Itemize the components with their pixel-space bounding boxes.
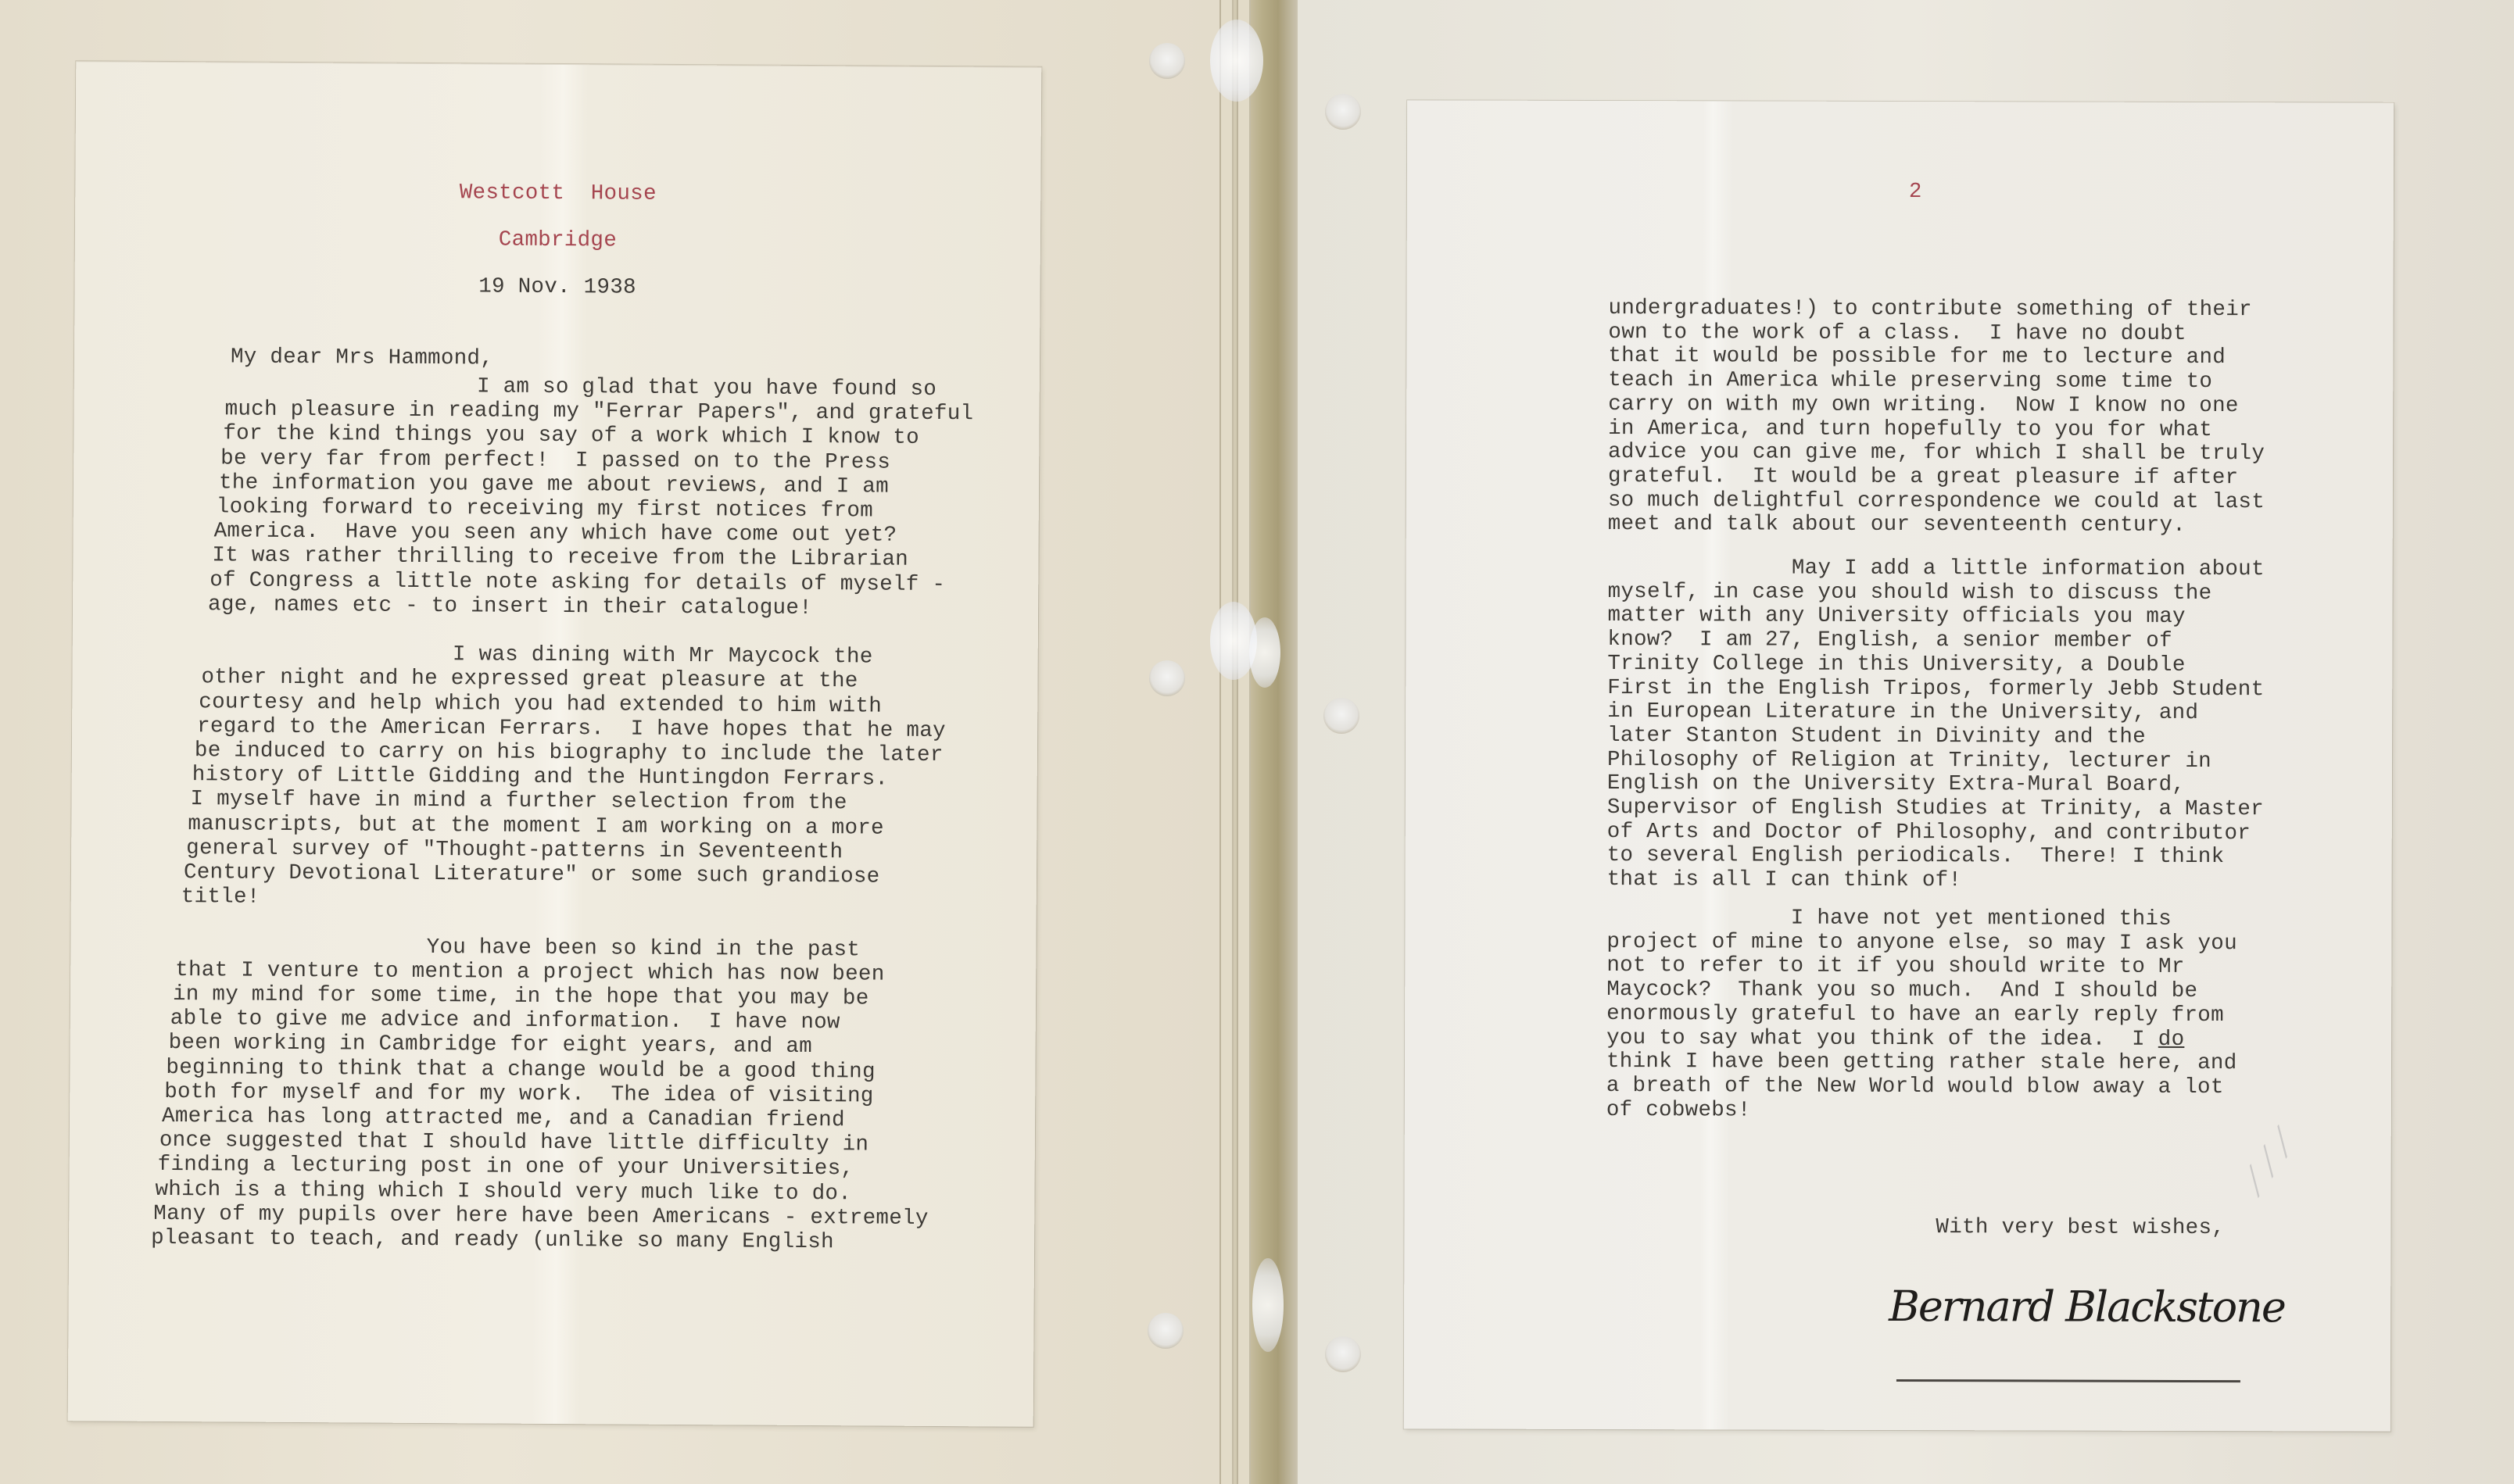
typed-line: been working in Cambridge for eight year… [169, 1031, 813, 1059]
typed-line: finding a lecturing post in one of your … [158, 1153, 854, 1181]
typed-line: Supervisor of English Studies at Trinity… [1607, 796, 2264, 821]
pencil-annotation: ⟋⟋⟋ [2232, 1121, 2306, 1203]
typed-line: I have not yet mentioned this [1606, 906, 2172, 932]
typed-line: advice you can give me, for which I shal… [1608, 440, 2265, 466]
typed-line: not to refer to it if you should write t… [1606, 953, 2184, 979]
punch-hole [1148, 1313, 1184, 1349]
typed-line: America has long attracted me, and a Can… [162, 1104, 845, 1132]
letter-page-2: 2 undergraduates!) to contribute somethi… [1404, 100, 2394, 1431]
typed-line: America. Have you seen any which have co… [214, 520, 897, 548]
typed-line: I myself have in mind a further selectio… [190, 788, 847, 816]
typed-line: that it would be possible for me to lect… [1608, 344, 2226, 370]
letter-date: 19 Nov. 1938 [74, 272, 1040, 302]
binder-spine [1219, 0, 1298, 1484]
typed-line: I was dining with Mr Maycock the [203, 641, 873, 669]
typed-line: Trinity College in this University, a Do… [1607, 652, 2185, 678]
typed-line: for the kind things you say of a work wh… [223, 422, 919, 450]
typed-line: to several English periodicals. There! I… [1607, 843, 2225, 869]
typed-line: enormously grateful to have an early rep… [1606, 1002, 2224, 1028]
letterhead-city: Cambridge [75, 225, 1040, 256]
punch-hole [1149, 43, 1185, 79]
typed-line: that is all I can think of! [1607, 867, 1962, 892]
typed-line: later Stanton Student in Divinity and th… [1607, 724, 2146, 749]
typed-line: myself, in case you should wish to discu… [1608, 580, 2212, 606]
typed-line: in America, and turn hopefully to you fo… [1608, 417, 2212, 442]
typed-line: project of mine to anyone else, so may I… [1606, 930, 2237, 956]
typed-line: May I add a little information about [1608, 556, 2265, 581]
punch-hole [1323, 698, 1359, 734]
typed-line: general survey of "Thought-patterns in S… [186, 836, 843, 864]
typed-line: a breath of the New World would blow awa… [1606, 1074, 2224, 1100]
typed-line: Century Devotional Literature" or some s… [184, 860, 880, 889]
typed-line: manuscripts, but at the moment I am work… [188, 812, 884, 840]
handwritten-signature: Bernard Blackstone [1889, 1282, 2285, 1332]
salutation: My dear Mrs Hammond, [231, 345, 493, 370]
typed-line: of Arts and Doctor of Philosophy, and co… [1607, 820, 2251, 846]
typed-line: carry on with my own writing. Now I know… [1608, 392, 2239, 418]
typed-line: grateful. It would be a great pleasure i… [1608, 464, 2239, 490]
typed-line: the information you gave me about review… [219, 470, 889, 499]
typed-line: in my mind for some time, in the hope th… [173, 982, 869, 1010]
typed-line: matter with any University officials you… [1607, 603, 2185, 629]
typed-line: undergraduates!) to contribute something… [1608, 296, 2251, 322]
typed-line: It was rather thrilling to receive from … [212, 544, 908, 572]
typed-line: meet and talk about our seventeenth cent… [1608, 512, 2186, 538]
punch-hole [1325, 94, 1361, 130]
typed-line: so much delightful correspondence we cou… [1608, 488, 2265, 514]
typed-line: think I have been getting rather stale h… [1606, 1050, 2237, 1075]
hole-reinforcer [1210, 20, 1263, 102]
typed-line: Maycock? Thank you so much. And I should… [1606, 978, 2197, 1003]
typed-line: in European Literature in the University… [1607, 699, 2198, 725]
hole-reinforcer [1249, 617, 1280, 688]
typed-line: pleasant to teach, and ready (unlike so … [151, 1226, 834, 1254]
spine-sheet-edge [1219, 0, 1234, 1484]
typed-line: teach in America while preserving some t… [1608, 368, 2212, 394]
hole-reinforcer [1252, 1258, 1284, 1352]
typed-line: you to say what you think of the idea. I… [1606, 1026, 2184, 1052]
punch-hole [1149, 660, 1185, 696]
letter-page-1: Westcott House Cambridge 19 Nov. 1938 My… [68, 61, 1042, 1427]
typed-line: First in the English Tripos, formerly Je… [1607, 676, 2264, 702]
typed-line: Philosophy of Religion at Trinity, lectu… [1607, 748, 2211, 774]
typed-line: which is a thing which I should very muc… [155, 1177, 851, 1205]
typed-line: be very far from perfect! I passed on to… [220, 446, 890, 474]
typed-line: English on the University Extra-Mural Bo… [1607, 771, 2185, 797]
typed-line: other night and he expressed great pleas… [201, 666, 858, 694]
punch-hole [1325, 1336, 1361, 1372]
page-number: 2 [1909, 180, 1922, 204]
typed-line: title! [181, 885, 260, 910]
typed-line: able to give me advice and information. … [170, 1007, 840, 1035]
typed-line: own to the work of a class. I have no do… [1608, 320, 2186, 346]
spine-sheet-edge [1237, 0, 1251, 1484]
typed-line: of cobwebs! [1606, 1098, 1751, 1122]
typed-line: history of Little Gidding and the Huntin… [192, 763, 889, 791]
typed-line: courtesy and help which you had extended… [199, 690, 882, 718]
closing: With very best wishes, [1936, 1215, 2225, 1240]
typed-line: looking forward to receiving my first no… [217, 495, 873, 523]
letterhead-address: Westcott House [75, 178, 1040, 209]
typed-line: age, names etc - to insert in their cata… [208, 592, 812, 620]
typed-line: You have been so kind in the past [177, 934, 860, 962]
typed-line: know? I am 27, English, a senior member … [1607, 628, 2172, 653]
signature-rule [1896, 1379, 2240, 1382]
